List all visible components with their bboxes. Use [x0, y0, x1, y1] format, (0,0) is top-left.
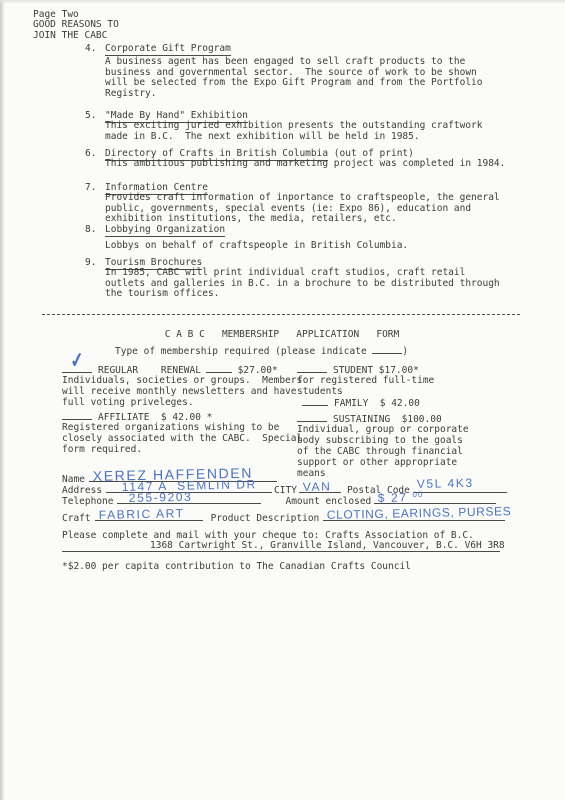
family-blank[interactable] [302, 397, 328, 406]
membership-type-close: ) [402, 346, 408, 357]
reason-title: Lobbying Organization [105, 224, 225, 237]
postal-field-line[interactable]: V5L 4K3 [413, 482, 507, 493]
reason-item-7: 7. Information Centre Provides craft inf… [85, 183, 500, 225]
reason-item-5: 5. "Made By Hand" Exhibition This exciti… [85, 111, 483, 142]
amount-cents: 00 [413, 490, 424, 499]
reason-item-9: 9. Tourism Brochures In 1985, CABC will … [85, 258, 500, 300]
craft-value-handwriting: FABRIC ART [98, 506, 184, 522]
postal-value-handwriting: V5L 4K3 [417, 476, 474, 491]
reason-item-4: 4. Corporate Gift Program A business age… [85, 44, 483, 99]
reason-body: This ambitious publishing and marketing … [105, 159, 505, 169]
sustaining-description: Individual, group or corporate body subs… [297, 424, 469, 479]
product-description-label: Product Description [211, 513, 320, 524]
mail-instruction-line2: 1368 Cartwright St., Granville Island, V… [150, 540, 505, 551]
telephone-field-line[interactable]: 255-9203 [117, 493, 261, 504]
city-field-line[interactable]: VAN [299, 482, 341, 493]
page-number: Page Two [33, 9, 79, 20]
craft-label: Craft [62, 513, 91, 524]
regular-renewal-blank[interactable] [206, 364, 232, 373]
page-header: Page TwoGOOD REASONS TOJOIN THE CABC [33, 10, 119, 41]
membership-option-family[interactable]: FAMILY $ 42.00 [302, 397, 420, 409]
amount-value-handwriting: $ 27 00 [378, 490, 424, 505]
affiliate-blank[interactable] [62, 411, 92, 420]
family-label: FAMILY $ 42.00 [328, 398, 420, 409]
footnote: *$2.00 per capita contribution to The Ca… [62, 561, 411, 572]
membership-type-text: Type of membership required (please indi… [115, 346, 372, 357]
telephone-label: Telephone [62, 496, 113, 507]
scan-shadow-left [0, 0, 5, 800]
reason-body: This exciting juried exhibition presents… [105, 121, 483, 142]
header-line-3: JOIN THE CABC [33, 30, 107, 41]
reason-title-suffix: (out of print) [328, 148, 414, 159]
dashed-separator [42, 314, 520, 315]
reason-body: Lobbys on behalf of craftspeople in Brit… [105, 241, 408, 251]
reason-number: 8. [85, 225, 105, 252]
reason-item-6: 6. Directory of Crafts in British Columb… [85, 149, 505, 170]
scan-shadow-top [0, 0, 565, 4]
reason-number: 6. [85, 149, 105, 170]
check-icon: ✓ [69, 348, 86, 374]
craft-field-line[interactable]: FABRIC ART [95, 510, 203, 521]
header-line-2: GOOD REASONS TO [33, 19, 119, 30]
regular-check-blank[interactable]: ✓ [62, 364, 92, 373]
product-value-handwriting: CLOTING, EARINGS, PURSES [327, 504, 512, 522]
city-value-handwriting: VAN [303, 479, 332, 494]
reason-number: 4. [85, 44, 105, 99]
membership-type-blank[interactable] [372, 345, 402, 354]
reason-number: 7. [85, 183, 105, 225]
affiliate-description: Registered organizations wishing to be c… [62, 422, 302, 455]
regular-description: Individuals, societies or groups. Member… [62, 375, 302, 408]
reason-title: Corporate Gift Program [105, 43, 231, 56]
student-description: for registered full-time students [297, 375, 434, 397]
membership-type-line: Type of membership required (please indi… [115, 345, 408, 357]
reason-item-8: 8. Lobbying Organization Lobbys on behal… [85, 225, 408, 252]
mail-underline [62, 551, 500, 552]
amount-enclosed-label: Amount enclosed [285, 496, 371, 507]
form-title: C A B C MEMBERSHIP APPLICATION FORM [62, 329, 502, 340]
reason-body: Provides craft information of inportance… [105, 193, 500, 224]
amount-field-line[interactable]: $ 27 00 [374, 493, 496, 504]
reason-number: 9. [85, 258, 105, 300]
student-blank[interactable] [297, 364, 327, 373]
reason-body: A business agent has been engaged to sel… [105, 57, 483, 99]
reason-body: In 1985, CABC will print individual craf… [105, 268, 500, 299]
product-field-line[interactable]: CLOTING, EARINGS, PURSES [323, 510, 505, 521]
telephone-value-handwriting: 255-9203 [129, 490, 193, 505]
craft-row: CraftFABRIC ARTProduct DescriptionCLOTIN… [62, 510, 505, 524]
reason-number: 5. [85, 111, 105, 142]
sustaining-blank[interactable] [297, 413, 327, 422]
